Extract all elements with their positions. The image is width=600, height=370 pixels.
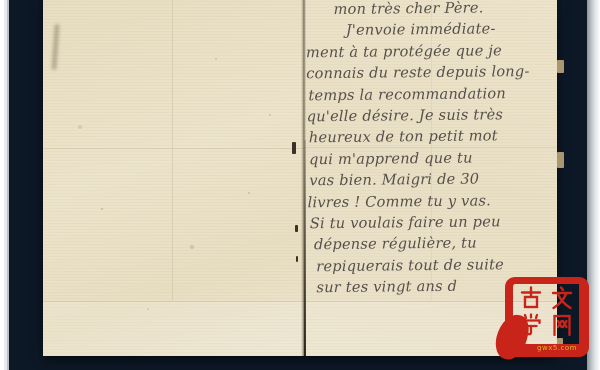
letter-line: connais du reste depuis long-: [306, 61, 554, 85]
letter-line: repiquerais tout de suite: [308, 253, 556, 277]
letter-pages: mon très cher Père.J'envoie immédiate-me…: [43, 0, 557, 356]
seal-char-gu-icon: [519, 286, 543, 310]
watermark-seal: gwx5.com: [505, 277, 589, 357]
spine-mark: [292, 142, 296, 154]
letter-line: Si tu voulais faire un peu: [308, 211, 556, 235]
seal-char-wen-icon: [550, 286, 574, 310]
letter-line: temps la recommandation: [306, 82, 554, 106]
letter-line: vas bien. Maigri de 30: [307, 168, 555, 192]
letter-line: heureux de ton petit mot: [307, 125, 555, 149]
letter-line: J'envoie immédiate-: [306, 18, 554, 42]
seal-char-xue-icon: [519, 313, 543, 337]
letter-line: ment à ta protégée que je: [306, 39, 554, 63]
fold-crease-horizontal: [43, 148, 303, 150]
ink-showthrough: [51, 24, 59, 70]
page-spine-line: [304, 140, 306, 356]
letter-text: mon très cher Père.J'envoie immédiate-me…: [305, 0, 556, 299]
spine-mark: [295, 225, 298, 232]
seal-site-text: gwx5.com: [537, 344, 577, 352]
letter-line: qui m'apprend que tu: [307, 146, 555, 170]
seal-char-wang-icon: [550, 313, 574, 337]
letter-line: dépense régulière, tu: [308, 232, 556, 256]
spine-mark: [296, 256, 298, 262]
letter-photograph: mon très cher Père.J'envoie immédiate-me…: [0, 0, 600, 370]
seal-characters: [515, 285, 577, 338]
photo-left-border: [0, 0, 9, 370]
page-edge-tab: [557, 152, 564, 168]
page-edge-tab: [557, 60, 564, 73]
blank-left-page: [43, 0, 303, 356]
fold-crease-vertical: [172, 0, 174, 300]
letter-line: livres ! Comme tu y vas.: [307, 189, 555, 213]
letter-line: qu'elle désire. Je suis très: [307, 104, 555, 128]
